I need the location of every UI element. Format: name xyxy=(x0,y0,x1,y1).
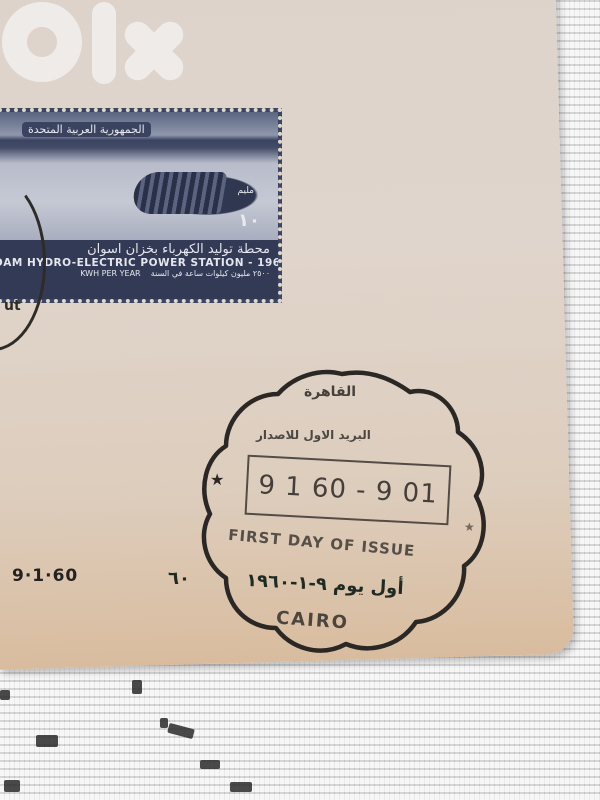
olx-logo-o xyxy=(2,2,82,82)
stamp-country-name: الجمهورية العربية المتحدة xyxy=(22,122,151,137)
fabric-hole xyxy=(160,718,168,728)
fabric-hole xyxy=(200,760,220,769)
handwritten-date: 9·1·60 xyxy=(12,566,78,586)
fabric-hole xyxy=(0,690,10,700)
fabric-hole xyxy=(4,780,20,792)
postmark-side-number: ٦٠ xyxy=(168,568,190,589)
stamp-value: ١٠ xyxy=(238,210,260,231)
fabric-hole xyxy=(132,680,142,694)
postmark-arabic-subtitle: البريد الاول للاصدار xyxy=(256,428,371,442)
dam-illustration xyxy=(130,172,227,214)
partial-cancellation-text: ut xyxy=(4,298,21,314)
stamp-subtitle-arabic: ٢٥٠٠ مليون كيلوات ساعة في السنة xyxy=(151,269,270,278)
fabric-hole xyxy=(167,723,195,739)
postmark-arabic-city: القاهرة xyxy=(304,384,356,400)
fabric-hole xyxy=(230,782,252,792)
star-icon: ★ xyxy=(210,470,224,489)
postmark-date: 9 1 60 - 9 01 xyxy=(245,455,452,526)
stamp-picture-aswan-dam: الجمهورية العربية المتحدة مليم ١٠ xyxy=(0,112,278,240)
star-icon: ★ xyxy=(464,520,475,534)
olx-logo-l xyxy=(92,2,116,84)
olx-watermark-logo xyxy=(0,0,190,95)
stamp-subtitle-english: KWH PER YEAR xyxy=(80,269,140,278)
stamp-value-unit: مليم xyxy=(237,186,254,196)
fabric-hole xyxy=(36,735,58,747)
first-day-postmark: القاهرة البريد الاول للاصدار 9 1 60 - 9 … xyxy=(196,366,488,656)
